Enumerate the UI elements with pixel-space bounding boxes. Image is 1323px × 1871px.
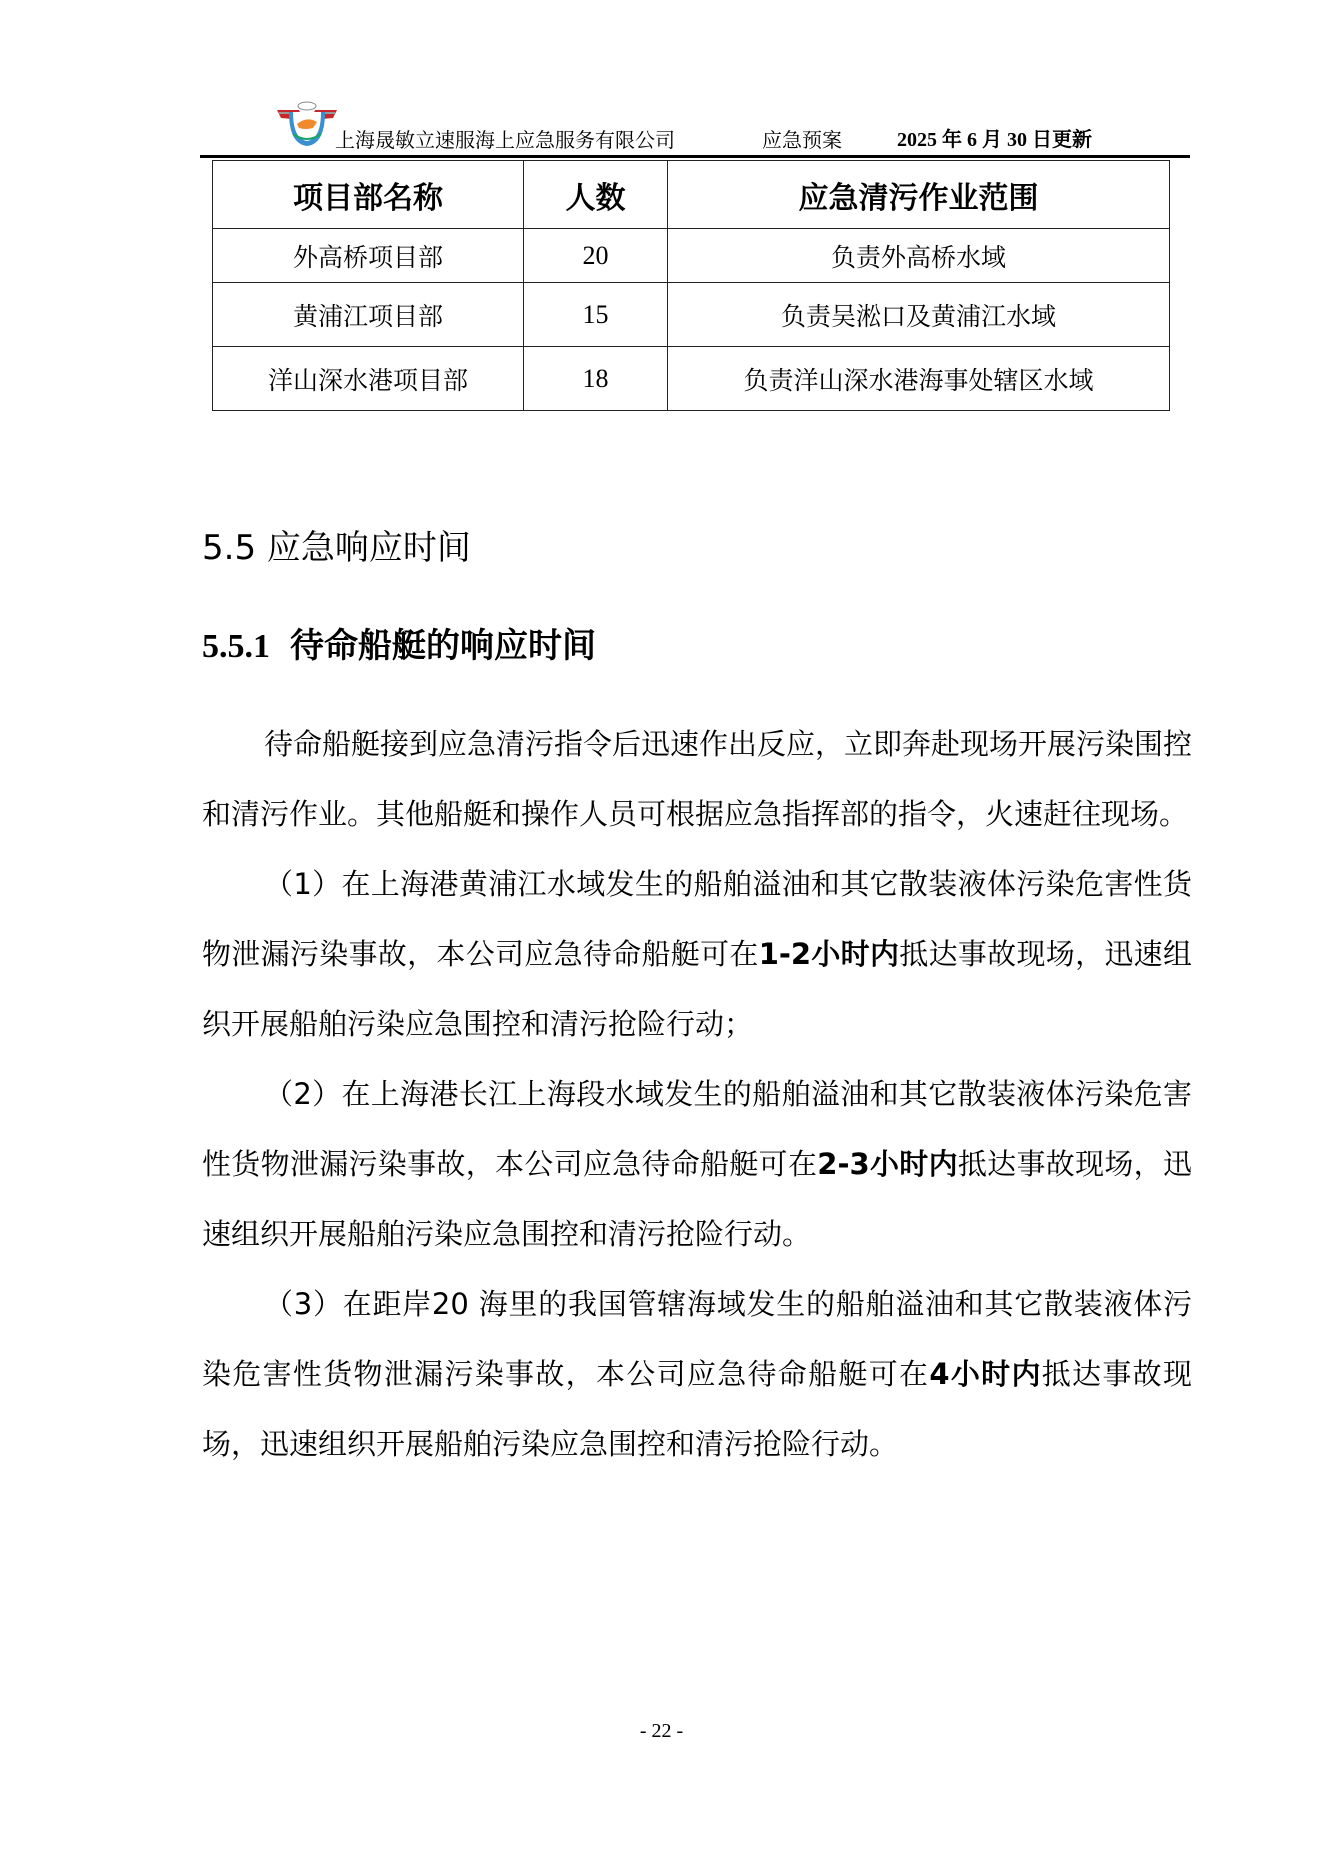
table-row: 洋山深水港项目部 18 负责洋山深水港海事处辖区水域 bbox=[213, 347, 1170, 411]
paragraph-2: （2）在上海港长江上海段水域发生的船舶溢油和其它散装液体污染危害性货物泄漏污染事… bbox=[202, 1059, 1192, 1269]
project-department-table: 项目部名称 人数 应急清污作业范围 外高桥项目部 20 负责外高桥水域 黄浦江项… bbox=[212, 160, 1170, 411]
body-text: 待命船艇接到应急清污指令后迅速作出反应，立即奔赴现场开展污染围控和清污作业。其他… bbox=[202, 709, 1192, 1479]
cell-name: 黄浦江项目部 bbox=[213, 283, 524, 347]
page-number: - 22 - bbox=[0, 1720, 1323, 1743]
table-row: 外高桥项目部 20 负责外高桥水域 bbox=[213, 229, 1170, 283]
company-logo-icon bbox=[275, 100, 339, 148]
paragraph-intro: 待命船艇接到应急清污指令后迅速作出反应，立即奔赴现场开展污染围控和清污作业。其他… bbox=[202, 709, 1192, 849]
cell-scope: 负责洋山深水港海事处辖区水域 bbox=[668, 347, 1170, 411]
paragraph-1: （1）在上海港黄浦江水域发生的船舶溢油和其它散装液体污染危害性货物泄漏污染事故，… bbox=[202, 849, 1192, 1059]
subsection-heading: 5.5.1待命船艇的响应时间 bbox=[202, 624, 596, 669]
header-updated-date: 2025 年 6 月 30 日更新 bbox=[897, 128, 1092, 152]
paragraph-3-time: 4小时内 bbox=[929, 1357, 1041, 1391]
paragraph-2-time: 2-3小时内 bbox=[817, 1147, 958, 1181]
cell-name: 外高桥项目部 bbox=[213, 229, 524, 283]
table-header-row: 项目部名称 人数 应急清污作业范围 bbox=[213, 161, 1170, 229]
header-company-name: 上海晟敏立速服海上应急服务有限公司 bbox=[335, 128, 675, 152]
table-row: 黄浦江项目部 15 负责吴淞口及黄浦江水域 bbox=[213, 283, 1170, 347]
header-rule bbox=[200, 155, 1190, 158]
column-header-count: 人数 bbox=[524, 161, 668, 229]
section-heading: 5.5 应急响应时间 bbox=[202, 526, 471, 570]
cell-scope: 负责吴淞口及黄浦江水域 bbox=[668, 283, 1170, 347]
paragraph-3: （3）在距岸20 海里的我国管辖海域发生的船舶溢油和其它散装液体污染危害性货物泄… bbox=[202, 1269, 1192, 1479]
cell-scope: 负责外高桥水域 bbox=[668, 229, 1170, 283]
column-header-name: 项目部名称 bbox=[213, 161, 524, 229]
cell-name: 洋山深水港项目部 bbox=[213, 347, 524, 411]
column-header-scope: 应急清污作业范围 bbox=[668, 161, 1170, 229]
header-doc-type: 应急预案 bbox=[762, 128, 842, 152]
cell-count: 18 bbox=[524, 347, 668, 411]
subsection-number: 5.5.1 bbox=[202, 628, 270, 665]
cell-count: 15 bbox=[524, 283, 668, 347]
cell-count: 20 bbox=[524, 229, 668, 283]
paragraph-1-time: 1-2小时内 bbox=[759, 937, 900, 971]
subsection-title: 待命船艇的响应时间 bbox=[290, 626, 596, 666]
